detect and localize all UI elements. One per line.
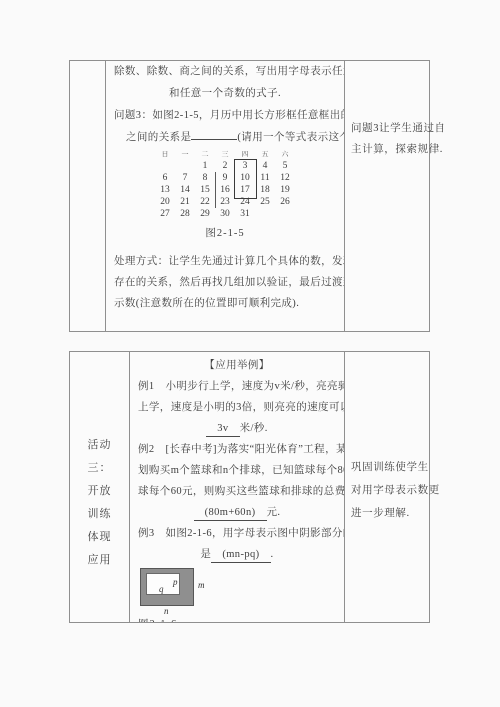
weekday-label: 日 bbox=[155, 150, 175, 160]
answer-underlined: (80m+60n) bbox=[194, 506, 267, 521]
weekday-label: 六 bbox=[275, 150, 295, 160]
example1-text-line: 上学，速度是小明的3倍，则亮亮的速度可以表示为 bbox=[138, 397, 336, 418]
note-text-line: 对用字母表示数更 bbox=[351, 479, 423, 502]
answer-unit: 米/秒. bbox=[240, 423, 268, 434]
calendar-cell: 8 bbox=[195, 172, 215, 184]
calendar-cell: 15 bbox=[195, 184, 215, 196]
example1-text-line: 例1 小明步行上学，速度为v米/秒，亮亮骑自行车 bbox=[138, 376, 336, 397]
calendar-cell: 2 bbox=[215, 160, 235, 172]
calendar-cell: 26 bbox=[275, 196, 295, 208]
answer-pre: 是 bbox=[200, 549, 211, 560]
calendar-cell: 18 bbox=[255, 184, 275, 196]
calendar-cell: 14 bbox=[175, 184, 195, 196]
dimension-label-m: m bbox=[198, 581, 205, 590]
figure-caption-2-1-6: 图2-1-6 bbox=[138, 618, 336, 622]
activity-column-empty bbox=[70, 61, 106, 331]
note-text-line: 进一步理解. bbox=[351, 502, 423, 525]
calendar-cell: 25 bbox=[255, 196, 275, 208]
weekday-label: 二 bbox=[195, 150, 215, 160]
note-text-line: 问题3让学生通过自 bbox=[351, 118, 423, 139]
example2-text-line: 球每个60元，则购买这些篮球和排球的总费用为 bbox=[138, 481, 336, 502]
answer-unit: 元. bbox=[267, 507, 281, 518]
calendar-weekday-header: 日 一 二 三 四 五 六 bbox=[155, 149, 295, 160]
calendar-cell bbox=[175, 160, 195, 172]
weekday-label: 五 bbox=[255, 150, 275, 160]
figure-caption-2-1-5: 图2-1-5 bbox=[114, 226, 336, 242]
lesson-text-line: 处理方式：让学生先通过计算几个具体的数，发现它们之间 bbox=[114, 251, 336, 272]
calendar-cell: 11 bbox=[255, 172, 275, 184]
calendar-row: 6 7 8 9 10 11 12 bbox=[155, 172, 295, 184]
calendar-row: 13 14 15 16 17 18 19 bbox=[155, 184, 295, 196]
dimension-label-q: q bbox=[159, 585, 164, 594]
calendar-cell: 29 bbox=[195, 208, 215, 220]
calendar-cell bbox=[155, 160, 175, 172]
calendar-cell: 22 bbox=[195, 196, 215, 208]
example3-text-line: 例3 如图2-1-6，用字母表示图中阴影部分的面积 bbox=[138, 523, 336, 544]
calendar-cell: 9 bbox=[215, 172, 235, 184]
problem3-post: (请用一个等式表示这个关系). bbox=[237, 132, 345, 143]
calendar-cell: 27 bbox=[155, 208, 175, 220]
activity-label-line: 体现 bbox=[70, 526, 129, 549]
lesson-plan-table-1: 除数、除数、商之间的关系，写出用字母表示任意一个偶数 和任意一个奇数的式子. 问… bbox=[69, 60, 430, 332]
example1-answer-line: 3v米/秒. bbox=[138, 418, 336, 439]
lesson-content-1: 除数、除数、商之间的关系，写出用字母表示任意一个偶数 和任意一个奇数的式子. 问… bbox=[106, 61, 345, 331]
answer-underlined: 3v bbox=[206, 422, 239, 437]
activity-label-line: 应用 bbox=[70, 549, 129, 572]
calendar-row: 20 21 22 23 24 25 26 bbox=[155, 196, 295, 208]
examples-section-title: 【应用举例】 bbox=[138, 355, 336, 376]
calendar-cell: 23 bbox=[215, 196, 235, 208]
problem3-pre: 之间的关系是 bbox=[126, 132, 191, 143]
activity-label-line: 开放 bbox=[70, 480, 129, 503]
calendar-cell: 1 bbox=[195, 160, 215, 172]
calendar-cell: 19 bbox=[275, 184, 295, 196]
example2-text-line: 划购买m个篮球和n个排球，已知篮球每个80元，排 bbox=[138, 460, 336, 481]
activity-label-line: 活动 bbox=[70, 434, 129, 457]
note-text-line: 巩固训练使学生 bbox=[351, 456, 423, 479]
dimension-label-n: n bbox=[164, 607, 169, 616]
lesson-text-line: 示数(注意数所在的位置即可顺利完成). bbox=[114, 293, 336, 314]
note-text-line: 主计算，探索规律. bbox=[351, 139, 423, 160]
calendar-row: 1 2 3 4 5 bbox=[155, 160, 295, 172]
problem3-blank-line: 之间的关系是(请用一个等式表示这个关系). bbox=[114, 127, 336, 149]
answer-underlined: (mn-pq) bbox=[211, 548, 270, 563]
example3-answer-line: 是(mn-pq). bbox=[138, 544, 336, 565]
calendar-cell: 28 bbox=[175, 208, 195, 220]
activity-label-line: 训练 bbox=[70, 503, 129, 526]
calendar-cell: 6 bbox=[155, 172, 175, 184]
weekday-label: 一 bbox=[175, 150, 195, 160]
calendar-cell: 5 bbox=[275, 160, 295, 172]
calendar-cell bbox=[275, 208, 295, 220]
calendar-cell: 20 bbox=[155, 196, 175, 208]
calendar-cell: 7 bbox=[175, 172, 195, 184]
example2-text-line: 例2 [长春中考]为落实“阳光体育”工程，某校计 bbox=[138, 439, 336, 460]
calendar-cell: 13 bbox=[155, 184, 175, 196]
calendar-cell: 30 bbox=[215, 208, 235, 220]
lesson-plan-table-2: 活动 三： 开放 训练 体现 应用 【应用举例】 例1 小明步行上学，速度为v米… bbox=[69, 351, 430, 623]
lesson-content-2: 【应用举例】 例1 小明步行上学，速度为v米/秒，亮亮骑自行车 上学，速度是小明… bbox=[130, 352, 345, 622]
calendar-cell: 4 bbox=[255, 160, 275, 172]
calendar-cell: 31 bbox=[235, 208, 255, 220]
lesson-text-line: 和任意一个奇数的式子. bbox=[114, 83, 336, 105]
calendar-row: 27 28 29 30 31 bbox=[155, 208, 295, 220]
teacher-note-2: 巩固训练使学生 对用字母表示数更 进一步理解. bbox=[345, 352, 429, 622]
rectangular-frame-highlight bbox=[234, 159, 257, 199]
calendar-cell: 16 bbox=[215, 184, 235, 196]
activity-column: 活动 三： 开放 训练 体现 应用 bbox=[70, 352, 130, 622]
calendar-cell: 12 bbox=[275, 172, 295, 184]
figure-2-1-6: p q m n bbox=[140, 568, 240, 614]
answer-post: . bbox=[271, 549, 274, 560]
weekday-label: 四 bbox=[235, 150, 255, 160]
example2-answer-line: (80m+60n)元. bbox=[138, 502, 336, 523]
weekday-label: 三 bbox=[215, 150, 235, 160]
lesson-text-line: 存在的关系，然后再找几组加以验证，最后过渡到用字母表 bbox=[114, 272, 336, 293]
lesson-text-line: 除数、除数、商之间的关系，写出用字母表示任意一个偶数 bbox=[114, 61, 336, 83]
calendar-cell bbox=[255, 208, 275, 220]
activity-label-line: 三： bbox=[70, 457, 129, 480]
calendar-figure: 日 一 二 三 四 五 六 1 2 3 4 5 6 7 8 9 bbox=[155, 149, 295, 220]
dimension-label-p: p bbox=[173, 578, 178, 587]
problem3-text-line: 问题3：如图2-1-5，月历中用长方形框任意框出的3个数 bbox=[114, 105, 336, 127]
handling-method-paragraph: 处理方式：让学生先通过计算几个具体的数，发现它们之间 存在的关系，然后再找几组加… bbox=[114, 251, 336, 314]
answer-blank-underline bbox=[191, 129, 237, 140]
calendar-cell: 21 bbox=[175, 196, 195, 208]
scan-artifact-line bbox=[215, 172, 216, 208]
teacher-note-1: 问题3让学生通过自 主计算，探索规律. bbox=[345, 61, 429, 331]
